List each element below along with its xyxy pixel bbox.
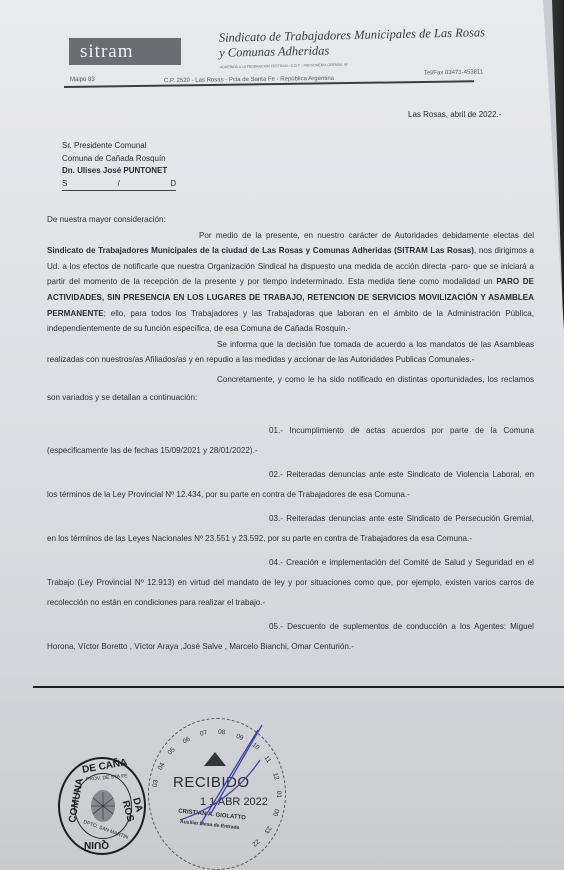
claim-text: Creación e implementación del Comité de … (47, 558, 534, 607)
claim-number: 01.- (269, 426, 290, 435)
addressee-title: Sr. Presidente Comunal (62, 140, 176, 153)
addressee-institution: Comuna de Cañada Rosquín (62, 153, 176, 166)
hour-mark: 03 (151, 780, 159, 788)
claim-item: 02.- Reiteradas denuncias ante este Sind… (47, 465, 534, 505)
claim-item: 01.- Incumplimiento de actas acuerdos po… (47, 421, 534, 461)
addressee-name: Dn. Ulises José PUNTONET (62, 165, 176, 178)
paragraph-1: Por medio de la presente, en nuestro car… (47, 228, 534, 337)
addressee-block: Sr. Presidente Comunal Comuna de Cañada … (62, 140, 176, 191)
greeting: De nuestra mayor consideración: (47, 212, 534, 228)
footer-rule (33, 686, 564, 688)
sitram-logo: sitram (69, 38, 181, 65)
seal-text-bottom: QUIN (84, 839, 109, 850)
p1-union-name: Sindicato de Trabajadores Municipales de… (47, 246, 474, 255)
affiliation-text: ADHERIDA A LA FEDERACION FESTRAM - C.G.T… (220, 63, 348, 70)
claim-text: Reiteradas denuncias ante este Sindicato… (47, 514, 534, 543)
hour-mark: 04 (157, 762, 167, 772)
sd-mid: / (118, 178, 120, 191)
claim-text: Descuento de suplementos de conducción a… (47, 622, 534, 651)
sd-line: S / D (62, 178, 176, 192)
seal-text-right: DA ROS (120, 797, 147, 824)
claim-item: 05.- Descuento de suplementos de conducc… (47, 617, 534, 657)
date-line: Las Rosas, abril de 2022.- (408, 110, 501, 119)
sd-left: S (62, 178, 67, 191)
p1-text-a: Por medio de la presente, en nuestro car… (199, 231, 534, 240)
org-name: Sindicato de Trabajadores Municipales de… (219, 25, 486, 61)
p1-text-c: ; ello, para todos los Trabajadores y la… (47, 309, 534, 334)
claims-list: 01.- Incumplimiento de actas acuerdos po… (47, 421, 534, 657)
phone: Tel/Fax 03471-453811 (424, 69, 483, 76)
document-page: sitram Sindicato de Trabajadores Municip… (0, 0, 564, 870)
signature (170, 720, 280, 840)
claim-item: 04.- Creación e implementación del Comit… (47, 553, 534, 613)
claim-number: 03.- (269, 514, 286, 523)
claim-item: 03.- Reiteradas denuncias ante este Sind… (47, 509, 534, 549)
claim-number: 02.- (269, 470, 286, 479)
claim-number: 05.- (269, 622, 287, 631)
comuna-seal-stamp: DE CAÑA COMUNA DA ROS QUIN PROV. DE STA … (58, 757, 146, 855)
paragraph-3: Concretamente, y como le ha sido notific… (47, 371, 534, 407)
sd-right: D (170, 178, 176, 191)
street-address: Maipú 83 (70, 77, 95, 83)
claim-text: Reiteradas denuncias ante este Sindicato… (47, 470, 534, 499)
paragraph-2: Se informa que la decisión fue tomada de… (47, 337, 534, 368)
letter-body: De nuestra mayor consideración: Por medi… (47, 212, 534, 661)
claim-number: 04.- (269, 558, 286, 567)
claim-text: Incumplimiento de actas acuerdos por par… (47, 426, 534, 455)
